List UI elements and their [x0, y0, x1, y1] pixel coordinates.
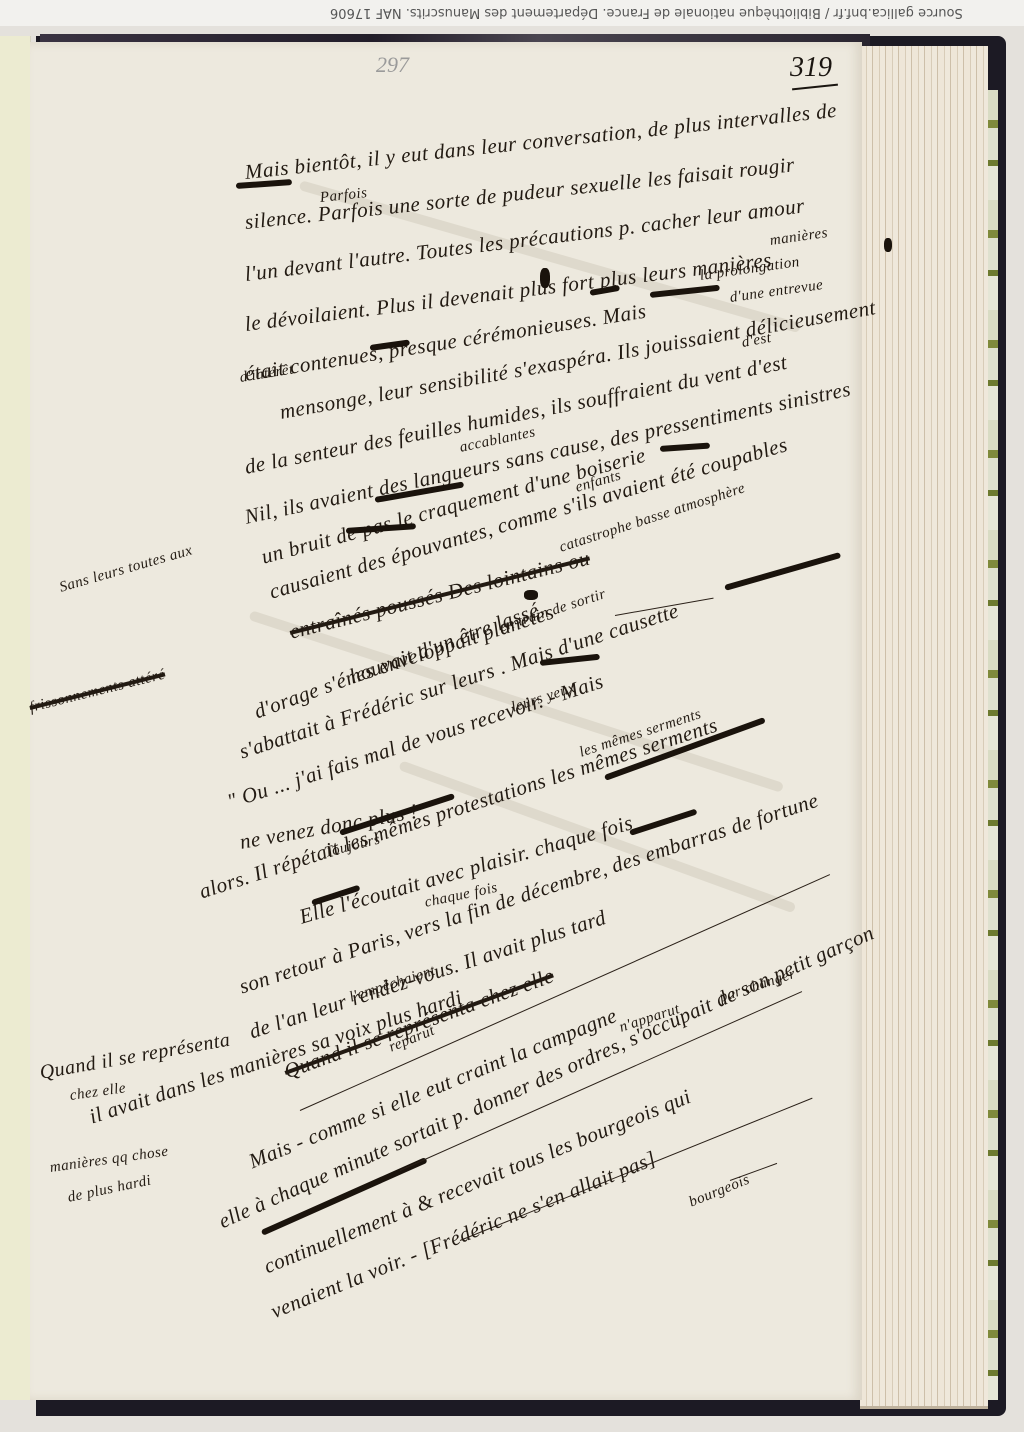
previous-page-edge	[0, 36, 31, 1400]
ink-blot	[524, 590, 538, 600]
ink-blot	[540, 268, 550, 288]
folio-number-pencil: 297	[376, 52, 409, 78]
source-banner: Source gallica.bnf.fr / Bibliothèque nat…	[0, 0, 1024, 26]
folio-number-ink: 319	[790, 52, 832, 84]
ink-blot	[884, 238, 892, 252]
source-attribution: Source gallica.bnf.fr / Bibliothèque nat…	[330, 5, 963, 20]
page-stack-edge	[860, 46, 988, 1409]
